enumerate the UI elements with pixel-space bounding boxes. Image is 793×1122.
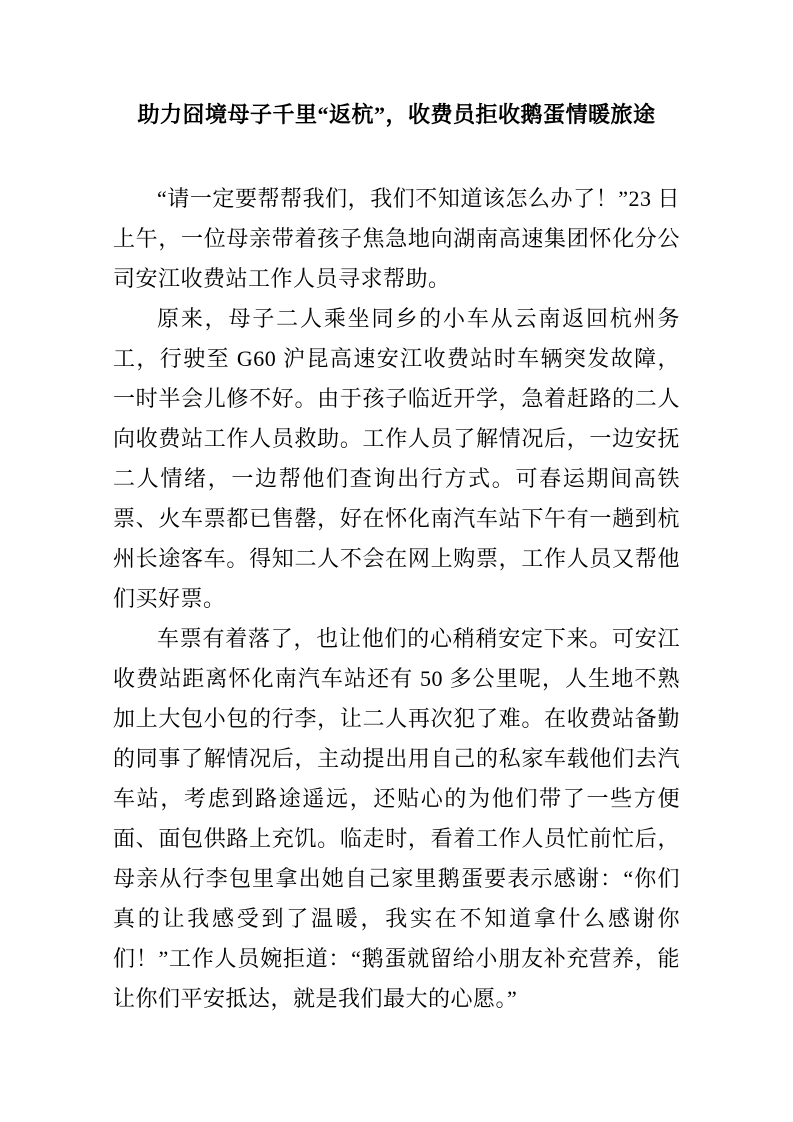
paragraph-3: 车票有着落了，也让他们的心稍稍安定下来。可安江收费站距离怀化南汽车站还有 50 … bbox=[113, 619, 680, 1019]
paragraph-1: “请一定要帮帮我们，我们不知道该怎么办了！”23 日上午，一位母亲带着孩子焦急地… bbox=[113, 179, 680, 299]
paragraph-2: 原来，母子二人乘坐同乡的小车从云南返回杭州务工，行驶至 G60 沪昆高速安江收费… bbox=[113, 299, 680, 619]
document-title: 助力囧境母子千里“返杭”，收费员拒收鹅蛋情暖旅途 bbox=[113, 95, 680, 135]
document-page: 助力囧境母子千里“返杭”，收费员拒收鹅蛋情暖旅途 “请一定要帮帮我们，我们不知道… bbox=[0, 0, 793, 1122]
document-content: 助力囧境母子千里“返杭”，收费员拒收鹅蛋情暖旅途 “请一定要帮帮我们，我们不知道… bbox=[113, 95, 680, 1019]
